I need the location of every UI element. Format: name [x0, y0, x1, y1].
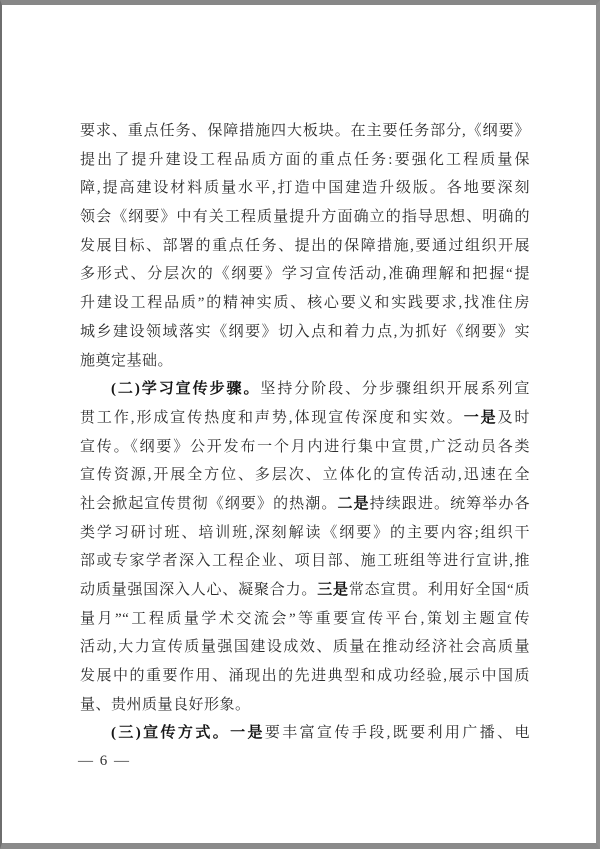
text-line: 宣传资源,开展全方位、多层次、立体化的宣传活动,迅速在全 [80, 461, 530, 490]
text-segment: 城乡建设领域落实《纲要》切入点和着力点,为抓好《纲要》实 [80, 324, 530, 340]
document-body: 要求、重点任务、保障措施四大板块。在主要任务部分,《纲要》提出了提升建设工程品质… [80, 117, 530, 748]
text-segment: 活动,大力宣传质量强国建设成效、质量在推动经济社会高质量 [80, 639, 530, 655]
text-line: 贯工作,形成宣传热度和声势,体现宣传深度和实效。一是及时 [80, 404, 530, 433]
text-segment-bold: 一是 [230, 724, 265, 741]
text-segment: 要丰富宣传手段,既要利用广播、电 [265, 725, 530, 741]
text-segment: 坚持分阶段、分步骤组织开展系列宣 [260, 381, 530, 397]
text-segment-bold: 三是 [317, 581, 349, 598]
text-segment: 及时 [498, 410, 530, 426]
text-segment: 社会掀起宣传贯彻《纲要》的热潮。 [80, 496, 337, 512]
text-line: 城乡建设领域落实《纲要》切入点和着力点,为抓好《纲要》实 [80, 318, 530, 347]
text-segment: 常态宣贯。利用好全国“质 [349, 582, 530, 598]
text-line: 障,提高建设材料质量水平,打造中国建造升级版。各地要深刻 [80, 174, 530, 203]
text-segment: 贯工作,形成宣传热度和声势,体现宣传深度和实效。 [80, 410, 464, 426]
text-line: 提出了提升建设工程品质方面的重点任务:要强化工程质量保 [80, 146, 530, 175]
text-line: 发展目标、部署的重点任务、提出的保障措施,要通过组织开展 [80, 232, 530, 261]
text-segment: 持续跟进。统筹举办各 [370, 496, 530, 512]
text-line: 部或专家学者深入工程企业、项目部、施工班组等进行宣讲,推 [80, 547, 530, 576]
text-line: 施奠定基础。 [80, 347, 530, 376]
text-line: 发展中的重要作用、涌现出的先进典型和成功经验,展示中国质 [80, 662, 530, 691]
text-segment: 提出了提升建设工程品质方面的重点任务:要强化工程质量保 [80, 152, 530, 168]
text-line: 多形式、分层次的《纲要》学习宣传活动,准确理解和把握“提 [80, 260, 530, 289]
text-line: 量月”“工程质量学术交流会”等重要宣传平台,策划主题宣传 [80, 605, 530, 634]
text-line: 升建设工程品质”的精神实质、核心要义和实践要求,找准住房 [80, 289, 530, 318]
text-segment: 量、贵州质量良好形象。 [80, 697, 251, 713]
text-segment-kaiti-bold: (三)宣传方式。 [111, 725, 230, 741]
text-segment-kaiti-bold: (二)学习宣传步骤。 [111, 381, 260, 397]
text-line: 量、贵州质量良好形象。 [80, 691, 530, 720]
page-number: — 6 — [78, 753, 131, 770]
text-segment: 发展中的重要作用、涌现出的先进典型和成功经验,展示中国质 [80, 668, 530, 684]
document-page: 要求、重点任务、保障措施四大板块。在主要任务部分,《纲要》提出了提升建设工程品质… [0, 0, 600, 849]
text-line: 要求、重点任务、保障措施四大板块。在主要任务部分,《纲要》 [80, 117, 530, 146]
text-segment: 宣传。《纲要》公开发布一个月内进行集中宣贯,广泛动员各类 [80, 439, 530, 455]
text-segment: 发展目标、部署的重点任务、提出的保障措施,要通过组织开展 [80, 238, 530, 254]
text-segment: 量月”“工程质量学术交流会”等重要宣传平台,策划主题宣传 [80, 611, 530, 627]
text-segment: 部或专家学者深入工程企业、项目部、施工班组等进行宣讲,推 [80, 553, 530, 569]
text-segment: 升建设工程品质”的精神实质、核心要义和实践要求,找准住房 [80, 295, 530, 311]
text-segment-bold: 二是 [337, 495, 369, 512]
text-line: 领会《纲要》中有关工程质量提升方面确立的指导思想、明确的 [80, 203, 530, 232]
text-segment-bold: 一是 [464, 409, 498, 426]
text-segment: 多形式、分层次的《纲要》学习宣传活动,准确理解和把握“提 [80, 266, 530, 282]
text-segment: 动质量强国深入人心、凝聚合力。 [80, 582, 317, 598]
text-line: 社会掀起宣传贯彻《纲要》的热潮。二是持续跟进。统筹举办各 [80, 490, 530, 519]
text-segment: 类学习研讨班、培训班,深刻解读《纲要》的主要内容;组织干 [80, 525, 530, 541]
text-segment: 宣传资源,开展全方位、多层次、立体化的宣传活动,迅速在全 [80, 467, 530, 483]
text-line: (三)宣传方式。一是要丰富宣传手段,既要利用广播、电 [80, 719, 530, 748]
text-line: 动质量强国深入人心、凝聚合力。三是常态宣贯。利用好全国“质 [80, 576, 530, 605]
text-line: 宣传。《纲要》公开发布一个月内进行集中宣贯,广泛动员各类 [80, 433, 530, 462]
text-segment: 领会《纲要》中有关工程质量提升方面确立的指导思想、明确的 [80, 209, 530, 225]
text-line: 类学习研讨班、培训班,深刻解读《纲要》的主要内容;组织干 [80, 519, 530, 548]
text-segment: 障,提高建设材料质量水平,打造中国建造升级版。各地要深刻 [80, 180, 530, 196]
text-line: 活动,大力宣传质量强国建设成效、质量在推动经济社会高质量 [80, 633, 530, 662]
text-line: (二)学习宣传步骤。坚持分阶段、分步骤组织开展系列宣 [80, 375, 530, 404]
text-segment: 要求、重点任务、保障措施四大板块。在主要任务部分,《纲要》 [80, 123, 530, 139]
text-segment: 施奠定基础。 [80, 353, 173, 369]
